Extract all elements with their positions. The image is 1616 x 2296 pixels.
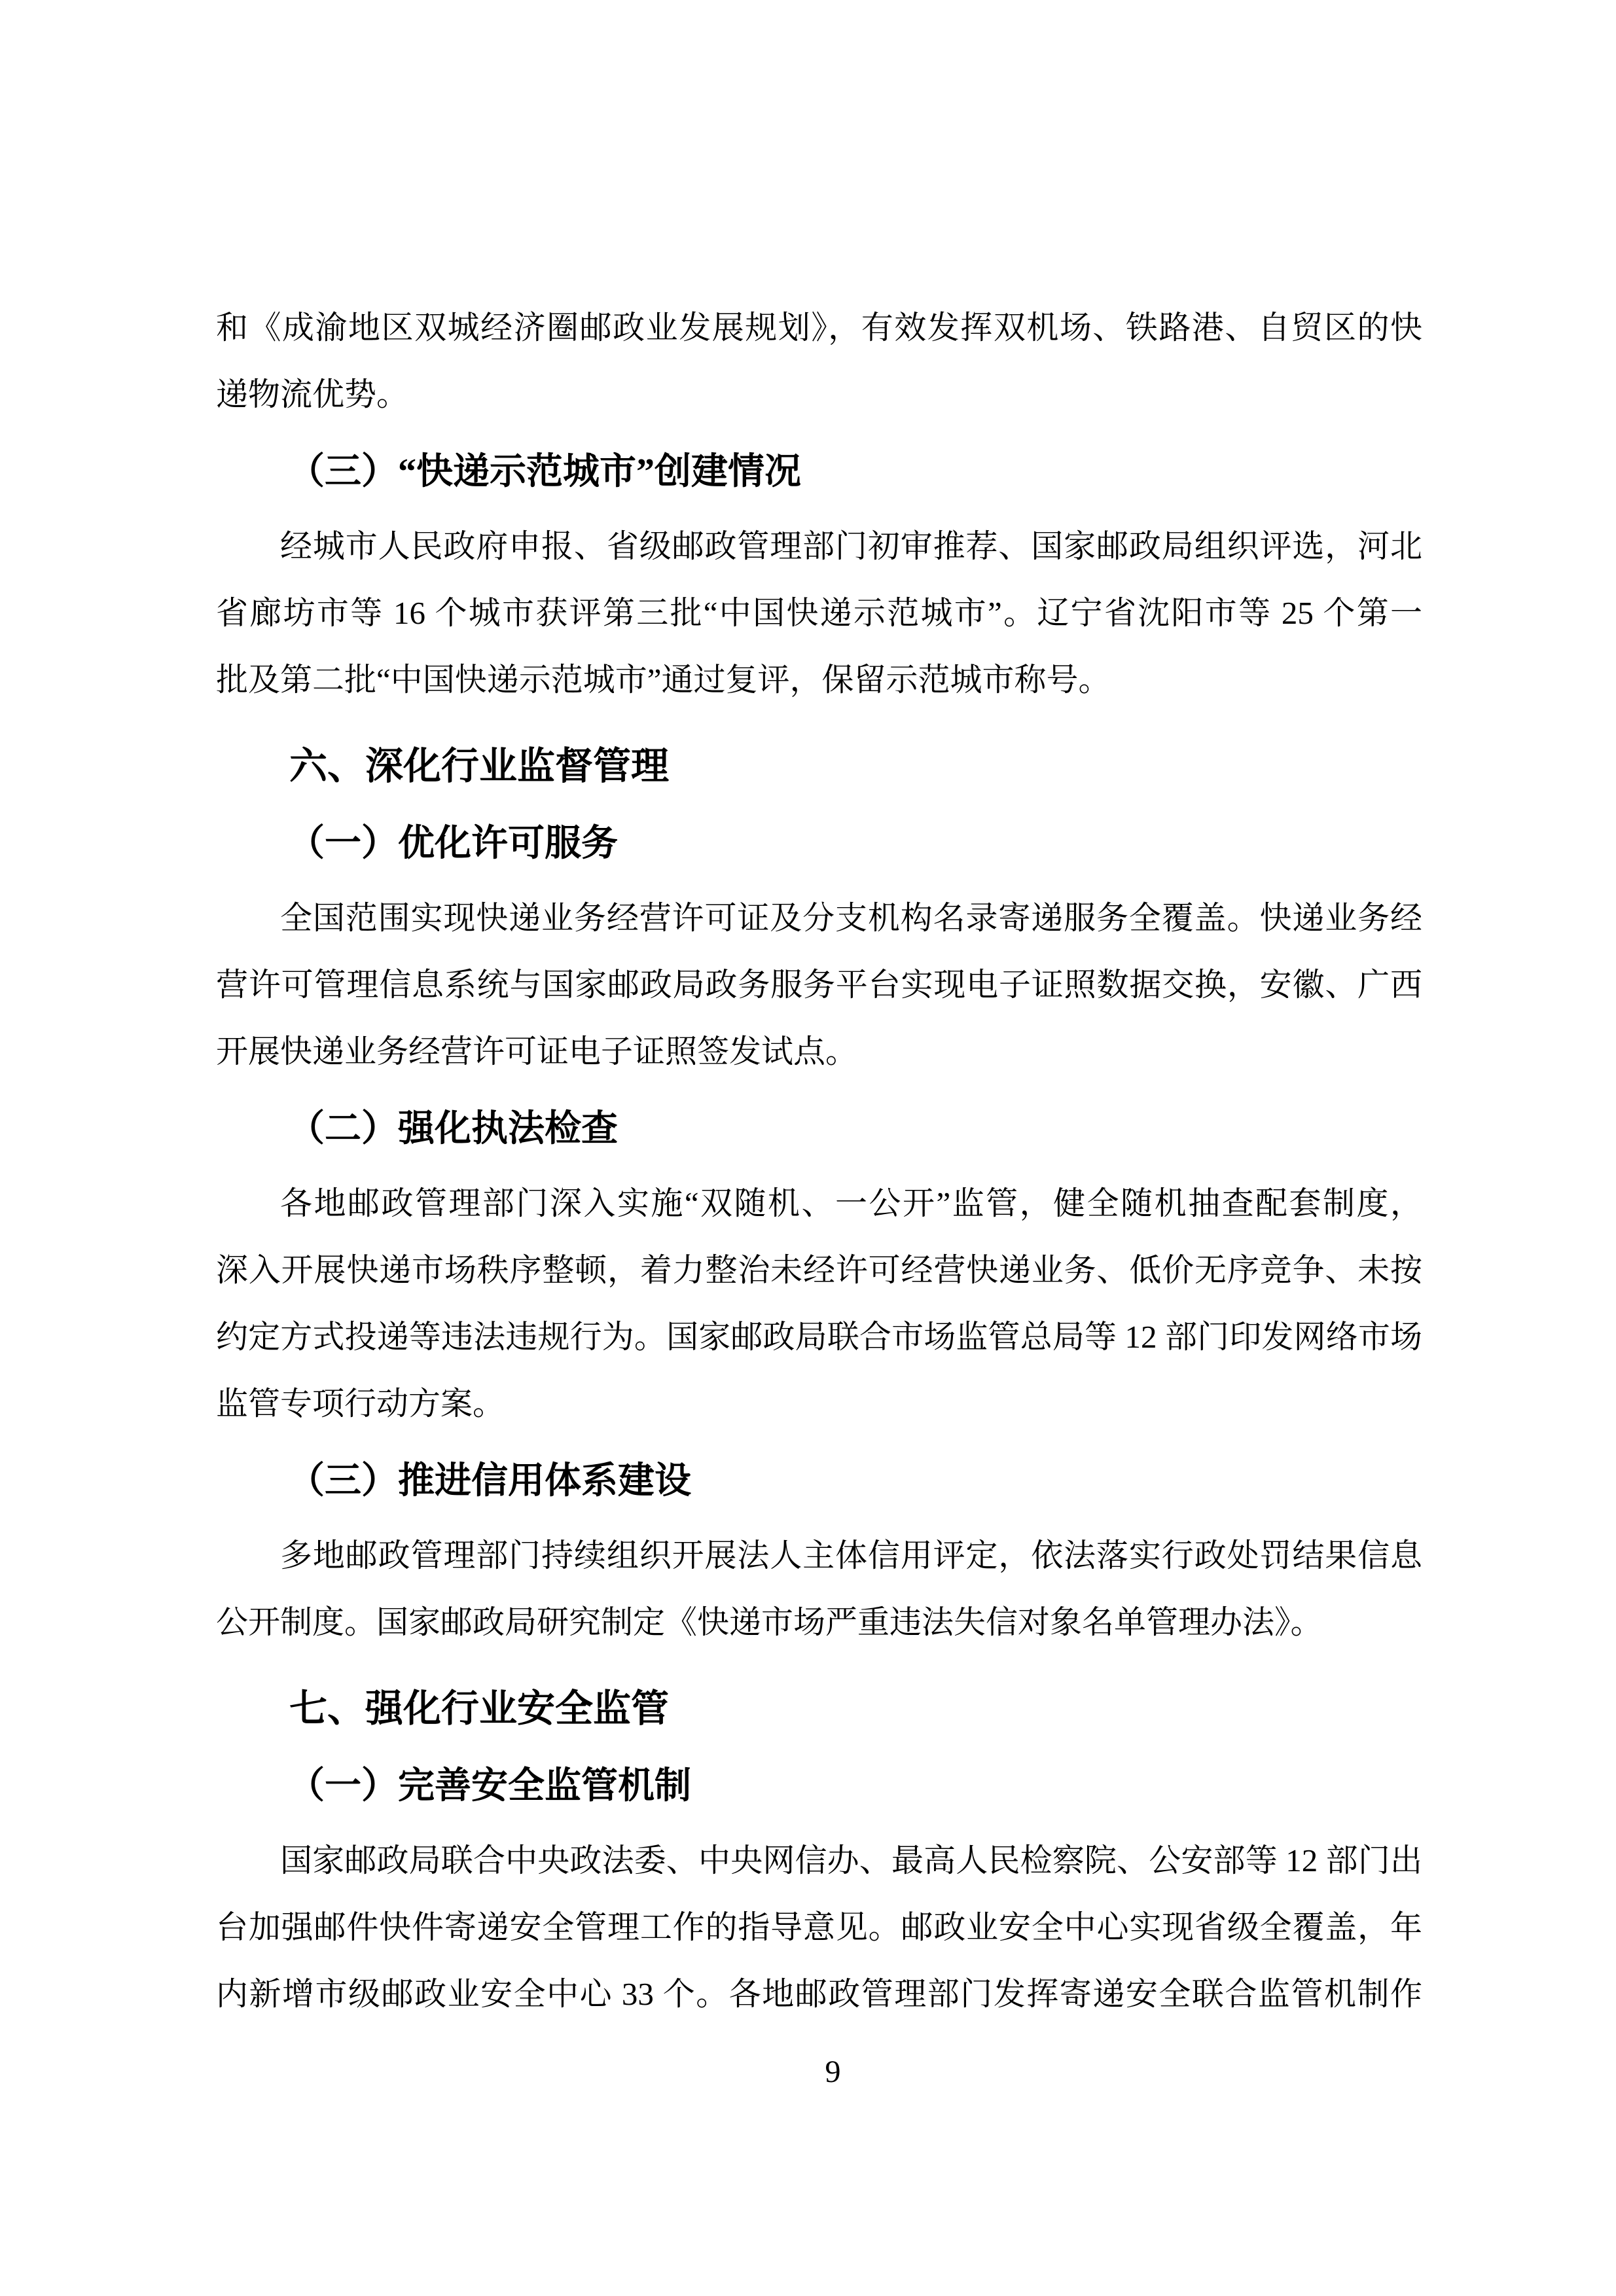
paragraph-line: 监管专项行动方案。 (216, 1371, 1422, 1437)
subsection-heading: （一）完善安全监管机制 (216, 1753, 1422, 1820)
paragraph-line: 公开制度。国家邮政局研究制定《快递市场严重违法失信对象名单管理办法》。 (216, 1589, 1422, 1656)
paragraph-line: 深入开展快递市场秩序整顿，着力整治未经许可经营快递业务、低价无序竞争、未按 (216, 1237, 1422, 1304)
paragraph-line: 各地邮政管理部门深入实施“双随机、一公开”监管，健全随机抽查配套制度， (216, 1170, 1422, 1237)
paragraph-line: 开展快递业务经营许可证电子证照签发试点。 (216, 1018, 1422, 1085)
paragraph-line: 国家邮政局联合中央政法委、中央网信办、最高人民检察院、公安部等 12 部门出 (216, 1827, 1422, 1894)
subsection-heading: （一）优化许可服务 (216, 810, 1422, 877)
page-number: 9 (0, 2054, 1616, 2090)
section-heading: 七、强化行业安全监管 (216, 1676, 1422, 1742)
paragraph-line: 营许可管理信息系统与国家邮政局政务服务平台实现电子证照数据交换，安徽、广西 (216, 952, 1422, 1018)
paragraph-line: 和《成渝地区双城经济圈邮政业发展规划》，有效发挥双机场、铁路港、自贸区的快 (216, 295, 1422, 361)
paragraph-line: 多地邮政管理部门持续组织开展法人主体信用评定，依法落实行政处罚结果信息 (216, 1522, 1422, 1589)
document-page: 和《成渝地区双城经济圈邮政业发展规划》，有效发挥双机场、铁路港、自贸区的快递物流… (0, 0, 1616, 2296)
section-heading: 六、深化行业监督管理 (216, 733, 1422, 800)
paragraph-line: 经城市人民政府申报、省级邮政管理部门初审推荐、国家邮政局组织评选，河北 (216, 513, 1422, 580)
paragraph-line: 全国范围实现快递业务经营许可证及分支机构名录寄递服务全覆盖。快递业务经 (216, 885, 1422, 952)
paragraph-line: 递物流优势。 (216, 361, 1422, 428)
subsection-heading: （三）推进信用体系建设 (216, 1448, 1422, 1515)
paragraph-line: 台加强邮件快件寄递安全管理工作的指导意见。邮政业安全中心实现省级全覆盖，年 (216, 1894, 1422, 1961)
subsection-heading: （三）“快递示范城市”创建情况 (216, 439, 1422, 505)
paragraph-line: 约定方式投递等违法违规行为。国家邮政局联合市场监管总局等 12 部门印发网络市场 (216, 1304, 1422, 1371)
paragraph-line: 内新增市级邮政业安全中心 33 个。各地邮政管理部门发挥寄递安全联合监管机制作 (216, 1961, 1422, 2028)
document-content: 和《成渝地区双城经济圈邮政业发展规划》，有效发挥双机场、铁路港、自贸区的快递物流… (216, 295, 1422, 2028)
paragraph-line: 批及第二批“中国快递示范城市”通过复评，保留示范城市称号。 (216, 647, 1422, 713)
subsection-heading: （二）强化执法检查 (216, 1096, 1422, 1162)
paragraph-line: 省廊坊市等 16 个城市获评第三批“中国快递示范城市”。辽宁省沈阳市等 25 个… (216, 580, 1422, 647)
